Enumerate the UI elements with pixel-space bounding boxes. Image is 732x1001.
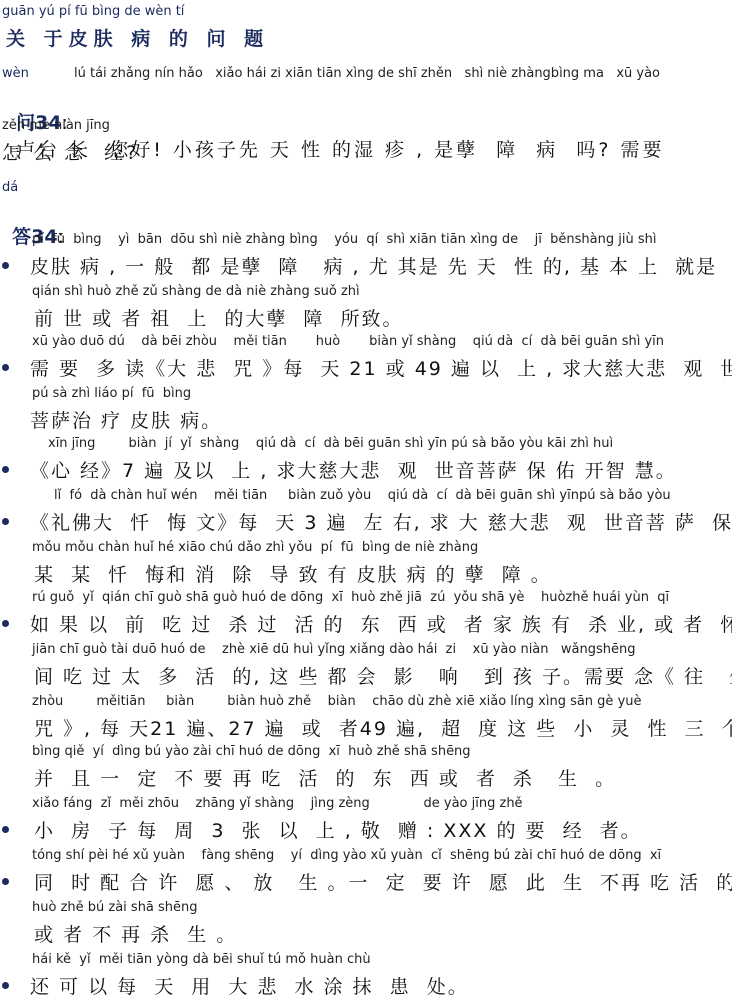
item-1-line-1-pinyin: pí fū bìng yì bān dōu shì niè zhàng bìng… xyxy=(32,232,656,247)
item-2-line-1-pinyin: xū yào duō dú dà bēi zhòu měi tiān huò b… xyxy=(32,334,664,349)
question-line-1-pinyin: lú tái zhǎng nín hǎo xiǎo hái zi xiān ti… xyxy=(74,66,660,81)
item-3-line-1-pinyin: xīn jīng biàn jí yǐ shàng qiú dà cí dà b… xyxy=(48,436,613,451)
bullet-icon xyxy=(2,518,9,525)
item-6-line-1: 小 房 子 每 周 3 张 以 上 , 敬 赠 : XXX 的 要 经 者。 xyxy=(34,816,642,843)
item-5-line-3: 咒 》, 每 天21 遍、27 遍 或 者49 遍, 超 度 这 些 小 灵 性… xyxy=(34,714,732,741)
item-4-line-2-pinyin: mǒu mǒu chàn huǐ hé xiāo chú dǎo zhì yǒu… xyxy=(32,540,478,555)
item-5-line-4-pinyin: bìng qiě yí dìng bú yào zài chī huó de d… xyxy=(32,744,471,759)
bullet-icon xyxy=(2,620,9,627)
item-5-line-1: 如 果 以 前 吃 过 杀 过 活 的 东 西 或 者 家 族 有 杀 业, 或… xyxy=(30,610,732,637)
item-5-line-2: 间 吃 过 太 多 活 的, 这 些 都 会 影 响 到 孩 子。需要 念《 往… xyxy=(34,662,732,689)
item-2-line-2: 菩萨治 疗 皮肤 病。 xyxy=(30,406,222,433)
item-5-line-1-pinyin: rú guǒ yǐ qián chī guò shā guò huó de dō… xyxy=(32,590,669,605)
item-4-line-2: 某 某 忏 悔和 消 除 导 致 有 皮肤 病 的 孽 障 。 xyxy=(34,560,552,587)
title-pinyin: guān yú pí fū bìng de wèn tí xyxy=(2,4,184,19)
item-7-line-2: 或 者 不 再 杀 生 。 xyxy=(34,920,237,947)
item-4-line-1-pinyin: lǐ fó dà chàn huǐ wén měi tiān biàn zuǒ … xyxy=(54,488,671,503)
bullet-icon xyxy=(2,262,9,269)
item-5-line-4: 并 且 一 定 不 要 再 吃 活 的 东 西 或 者 杀 生 。 xyxy=(34,764,616,791)
item-7-line-1-pinyin: tóng shí pèi hé xǔ yuàn fàng shēng yí dì… xyxy=(32,848,661,863)
answer-label-pinyin: dá xyxy=(2,180,18,195)
item-3-line-1: 《心 经》7 遍 及以 上 , 求大慈大悲 观 世音菩萨 保 佑 开智 慧。 xyxy=(30,456,677,483)
item-2-line-2-pinyin: pú sà zhì liáo pí fū bìng xyxy=(32,386,191,401)
bullet-icon xyxy=(2,364,9,371)
item-4-line-1: 《礼佛大 忏 悔 文》每 天 3 遍 左 右, 求 大 慈大悲 观 世音菩 萨 … xyxy=(30,508,732,535)
item-2-line-1: 需 要 多 读《大 悲 咒 》每 天 21 或 49 遍 以 上 , 求大慈大悲… xyxy=(30,354,732,381)
item-8-line-1-pinyin: hái kě yǐ měi tiān yòng dà bēi shuǐ tú m… xyxy=(32,952,371,967)
item-7-line-1: 同 时 配 合 许 愿 、 放 生 。一 定 要 许 愿 此 生 不再 吃 活 … xyxy=(34,868,732,895)
bullet-icon xyxy=(2,878,9,885)
item-6-line-1-pinyin: xiǎo fáng zǐ měi zhōu zhāng yǐ shàng jìn… xyxy=(32,796,523,811)
item-5-line-3-pinyin: zhòu měitiān biàn biàn huò zhě biàn chāo… xyxy=(32,694,642,709)
item-1-line-2-pinyin: qián shì huò zhě zǔ shàng de dà niè zhàn… xyxy=(32,284,360,299)
bullet-icon xyxy=(2,466,9,473)
item-5-line-2-pinyin: jiān chī guò tài duō huó de zhè xiē dū h… xyxy=(32,642,636,657)
bullet-icon xyxy=(2,826,9,833)
item-7-line-2-pinyin: huò zhě bú zài shā shēng xyxy=(32,900,198,915)
item-8-line-1: 还 可 以 每 天 用 大 悲 水 涂 抹 患 处。 xyxy=(30,972,469,999)
question-line-2-pinyin: zěn me niàn jīng xyxy=(2,118,110,133)
item-1-line-2: 前 世 或 者 祖 上 的大孽 障 所致。 xyxy=(34,304,403,331)
item-1-line-1: 皮肤 病 , 一 般 都 是孽 障 病 , 尤 其是 先 天 性 的, 基 本 … xyxy=(30,252,717,279)
question-text-2: 怎 么 念 经? xyxy=(2,138,139,165)
bullet-icon xyxy=(2,982,9,989)
page-title: 关 于皮肤 病 的 问 题 xyxy=(6,24,269,51)
question-label-pinyin: wèn xyxy=(2,66,29,81)
